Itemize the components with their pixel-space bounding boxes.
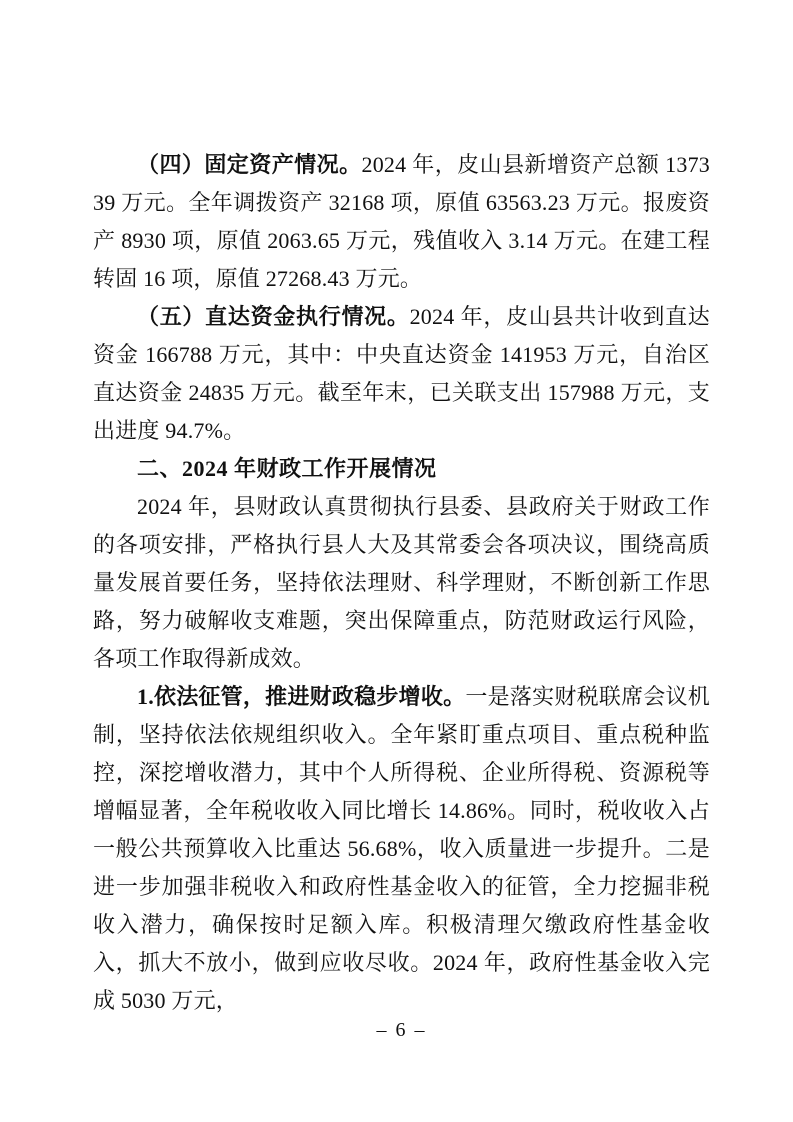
paragraph-fixed-assets: （四）固定资产情况。2024 年，皮山县新增资产总额 137339 万元。全年调… — [93, 146, 710, 298]
paragraph-revenue-collection-lead: 1.依法征管，推进财政稳步增收。 — [137, 684, 465, 709]
paragraph-fixed-assets-lead: （四）固定资产情况。 — [137, 152, 362, 177]
paragraph-revenue-collection-body: 一是落实财税联席会议机制，坚持依法依规组织收入。全年紧盯重点项目、重点税种监控，… — [93, 684, 710, 1013]
section-heading-fiscal-work: 二、2024 年财政工作开展情况 — [93, 450, 710, 488]
page-content: （四）固定资产情况。2024 年，皮山县新增资产总额 137339 万元。全年调… — [93, 146, 710, 1020]
page-footer: – 6 – — [93, 1019, 710, 1042]
paragraph-overview-body: 2024 年，县财政认真贯彻执行县委、县政府关于财政工作的各项安排，严格执行县人… — [93, 494, 710, 671]
paragraph-direct-funds-lead: （五）直达资金执行情况。 — [137, 304, 410, 329]
paragraph-overview: 2024 年，县财政认真贯彻执行县委、县政府关于财政工作的各项安排，严格执行县人… — [93, 488, 710, 678]
paragraph-direct-funds: （五）直达资金执行情况。2024 年，皮山县共计收到直达资金 166788 万元… — [93, 298, 710, 450]
paragraph-revenue-collection: 1.依法征管，推进财政稳步增收。一是落实财税联席会议机制，坚持依法依规组织收入。… — [93, 678, 710, 1020]
page-number: – 6 – — [377, 1019, 427, 1041]
document-page: （四）固定资产情况。2024 年，皮山县新增资产总额 137339 万元。全年调… — [0, 0, 793, 1122]
